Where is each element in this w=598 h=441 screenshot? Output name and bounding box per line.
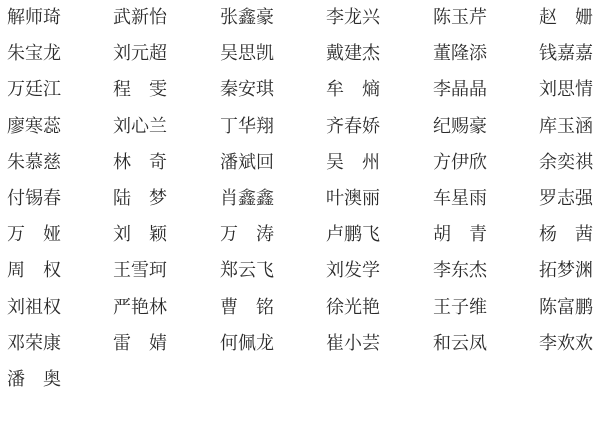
name-cell: 纪赐豪 [433, 117, 487, 137]
name-cell: 朱慕慈 [7, 153, 61, 173]
name-cell: 钱嘉嘉 [539, 44, 593, 64]
name-cell: 林 奇 [113, 153, 167, 173]
name-cell: 付锡春 [7, 189, 61, 209]
name-cell: 卢鹏飞 [326, 225, 380, 245]
name-cell: 刘元超 [113, 44, 167, 64]
name-cell: 秦安琪 [220, 80, 274, 100]
name-cell: 武新怡 [113, 8, 167, 28]
name-cell: 李欢欢 [539, 334, 593, 354]
name-cell: 叶澳丽 [326, 189, 380, 209]
name-cell: 车星雨 [433, 189, 487, 209]
name-cell: 程 雯 [113, 80, 167, 100]
name-cell: 潘斌回 [220, 153, 274, 173]
name-cell: 拓梦渊 [539, 261, 593, 281]
name-cell: 吴思凯 [220, 44, 274, 64]
name-cell: 方伊欣 [433, 153, 487, 173]
name-cell: 严艳林 [113, 298, 167, 318]
name-cell: 廖寒蕊 [7, 117, 61, 137]
name-cell: 曹 铭 [220, 298, 274, 318]
name-cell: 万 娅 [7, 225, 61, 245]
name-cell: 丁华翔 [220, 117, 274, 137]
name-cell: 何佩龙 [220, 334, 274, 354]
name-cell: 董隆添 [433, 44, 487, 64]
name-cell: 李龙兴 [326, 8, 380, 28]
name-cell: 罗志强 [539, 189, 593, 209]
name-cell: 万 涛 [220, 225, 274, 245]
name-cell: 吴 州 [326, 153, 380, 173]
name-cell: 杨 茜 [539, 225, 593, 245]
name-cell: 张鑫豪 [220, 8, 274, 28]
name-cell: 肖鑫鑫 [220, 189, 274, 209]
name-cell: 胡 青 [433, 225, 487, 245]
name-cell: 刘祖权 [7, 298, 61, 318]
name-cell: 赵 姗 [539, 8, 593, 28]
name-cell: 牟 熵 [326, 80, 380, 100]
name-cell: 陈玉芹 [433, 8, 487, 28]
names-grid: 解师琦武新怡张鑫豪李龙兴陈玉芹赵 姗朱宝龙刘元超吴思凯戴建杰董隆添钱嘉嘉万廷江程… [0, 0, 598, 441]
name-cell: 库玉涵 [539, 117, 593, 137]
name-cell: 戴建杰 [326, 44, 380, 64]
name-cell: 解师琦 [7, 8, 61, 28]
name-cell: 李东杰 [433, 261, 487, 281]
name-cell: 潘 奥 [7, 370, 61, 390]
name-cell: 陈富鹏 [539, 298, 593, 318]
name-cell: 王雪珂 [113, 261, 167, 281]
name-cell: 王子维 [433, 298, 487, 318]
name-cell: 周 权 [7, 261, 61, 281]
name-cell: 刘思情 [539, 80, 593, 100]
name-cell: 刘心兰 [113, 117, 167, 137]
name-cell: 陆 梦 [113, 189, 167, 209]
name-cell: 雷 婧 [113, 334, 167, 354]
name-cell: 齐春娇 [326, 117, 380, 137]
name-cell: 和云凤 [433, 334, 487, 354]
name-cell: 刘发学 [326, 261, 380, 281]
name-cell: 郑云飞 [220, 261, 274, 281]
name-cell: 朱宝龙 [7, 44, 61, 64]
name-cell: 邓荣康 [7, 334, 61, 354]
name-cell: 余奕祺 [539, 153, 593, 173]
name-cell: 崔小芸 [326, 334, 380, 354]
name-cell: 徐光艳 [326, 298, 380, 318]
name-cell: 万廷江 [7, 80, 61, 100]
name-cell: 李晶晶 [433, 80, 487, 100]
name-cell: 刘 颖 [113, 225, 167, 245]
